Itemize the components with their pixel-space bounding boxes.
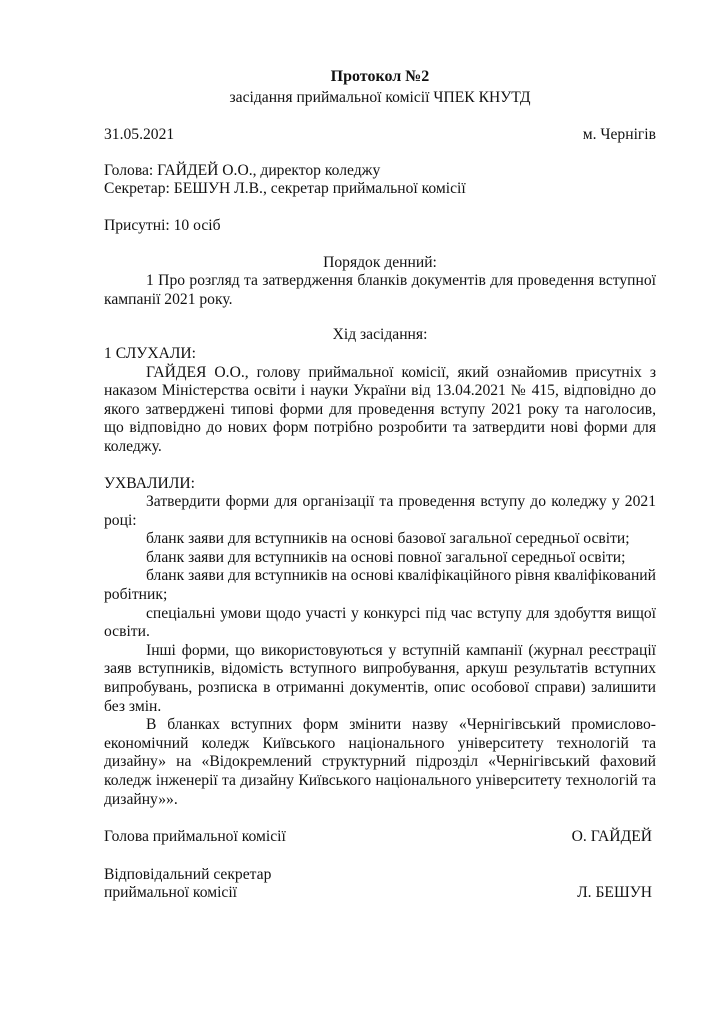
secretary-signature-row: Відповідальний секретар приймальної комі… bbox=[104, 866, 656, 903]
agenda-heading: Порядок денний: bbox=[104, 254, 656, 273]
heard-label: 1 СЛУХАЛИ: bbox=[104, 345, 656, 364]
date-city-row: 31.05.2021 м. Чернігів bbox=[104, 126, 656, 145]
secretary-line: Секретар: БЕШУН Л.В., секретар приймальн… bbox=[104, 180, 656, 199]
resolved-item: бланк заяви для вступників на основі баз… bbox=[104, 530, 656, 549]
chair-signature-name: О. ГАЙДЕЙ bbox=[572, 828, 656, 847]
document-subtitle: засідання приймальної комісії ЧПЕК КНУТД bbox=[104, 89, 656, 108]
resolved-intro: Затвердити форми для організації та пров… bbox=[104, 493, 656, 530]
secretary-signature-title: Відповідальний секретар приймальної комі… bbox=[104, 866, 271, 903]
meeting-date: 31.05.2021 bbox=[104, 126, 174, 145]
secretary-title-line2: приймальної комісії bbox=[104, 884, 237, 901]
chair-signature-row: Голова приймальної комісії О. ГАЙДЕЙ bbox=[104, 828, 656, 847]
resolved-other-forms: Інші форми, що використовуються у вступн… bbox=[104, 642, 656, 716]
meeting-city: м. Чернігів bbox=[583, 126, 656, 145]
secretary-title-line1: Відповідальний секретар bbox=[104, 866, 271, 883]
heard-text: ГАЙДЕЯ О.О., голову приймальної комісії,… bbox=[104, 364, 656, 457]
resolved-item: бланк заяви для вступників на основі ква… bbox=[104, 567, 656, 604]
agenda-item: 1 Про розгляд та затвердження бланків до… bbox=[104, 272, 656, 309]
protocol-document: Протокол №2 засідання приймальної комісі… bbox=[104, 68, 656, 903]
document-title: Протокол №2 bbox=[104, 68, 656, 87]
proceedings-heading: Хід засідання: bbox=[104, 326, 656, 345]
resolved-item: спеціальні умови щодо участі у конкурсі … bbox=[104, 605, 656, 642]
resolved-label: УХВАЛИЛИ: bbox=[104, 475, 656, 494]
resolved-item: бланк заяви для вступників на основі пов… bbox=[104, 549, 656, 568]
chair-signature-title: Голова приймальної комісії bbox=[104, 828, 286, 847]
secretary-signature-name: Л. БЕШУН bbox=[577, 884, 656, 903]
present-line: Присутні: 10 осіб bbox=[104, 217, 656, 236]
chair-line: Голова: ГАЙДЕЙ О.О., директор коледжу bbox=[104, 162, 656, 181]
resolved-rename: В бланках вступних форм змінити назву «Ч… bbox=[104, 716, 656, 809]
